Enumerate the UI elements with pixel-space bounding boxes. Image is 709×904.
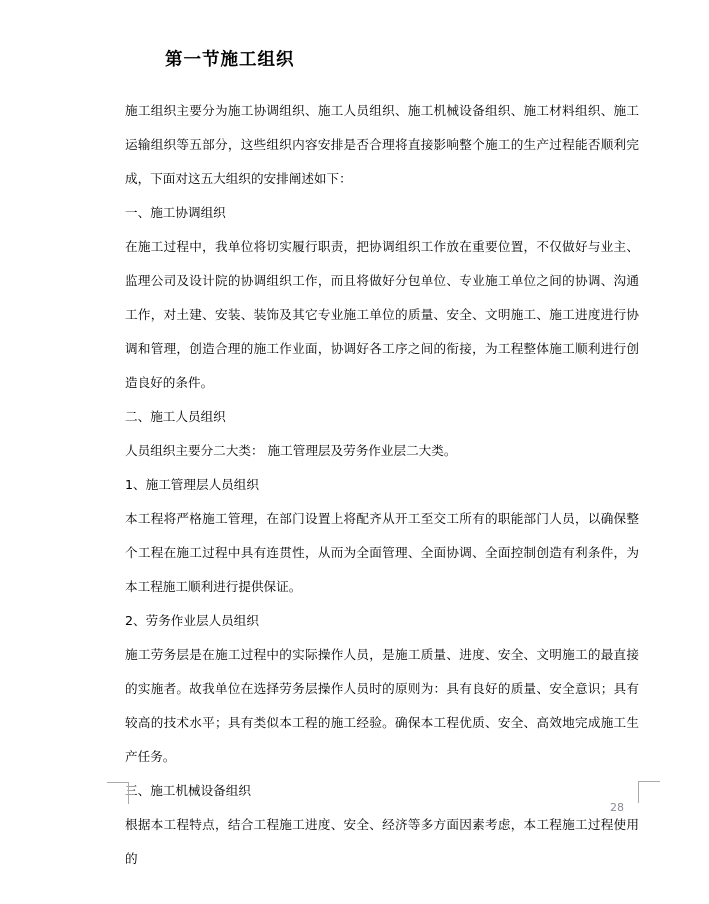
paragraph-management-staff: 本工程将严格施工管理，在部门设置上将配齐从开工至交工所有的职能部门人员，以确保整… (125, 502, 639, 604)
heading-coordination-organization: 一、施工协调组织 (125, 196, 639, 230)
heading-management-staff: 1、施工管理层人员组织 (125, 468, 639, 502)
heading-machinery-organization: 三、施工机械设备组织 (125, 774, 639, 808)
paragraph-machinery: 根据本工程特点，结合工程施工进度、安全、经济等多方面因素考虑，本工程施工过程使用… (125, 808, 639, 876)
heading-personnel-organization: 二、施工人员组织 (125, 400, 639, 434)
section-title: 第一节施工组织 (165, 46, 639, 74)
text-boundary-corner-left-icon (107, 782, 129, 804)
document-page: 第一节施工组织 施工组织主要分为施工协调组织、施工人员组织、施工机械设备组织、施… (0, 0, 709, 904)
heading-labor-staff: 2、劳务作业层人员组织 (125, 604, 639, 638)
text-boundary-corner-right-icon (638, 781, 660, 803)
paragraph-coordination: 在施工过程中，我单位将切实履行职责，把协调组织工作放在重要位置，不仅做好与业主、… (125, 230, 639, 400)
paragraph-personnel-categories: 人员组织主要分二大类： 施工管理层及劳务作业层二大类。 (125, 434, 639, 468)
document-body: 第一节施工组织 施工组织主要分为施工协调组织、施工人员组织、施工机械设备组织、施… (125, 46, 639, 876)
paragraph-intro: 施工组织主要分为施工协调组织、施工人员组织、施工机械设备组织、施工材料组织、施工… (125, 94, 639, 196)
page-number: 28 (610, 801, 624, 815)
paragraph-labor-staff: 施工劳务层是在施工过程中的实际操作人员，是施工质量、进度、安全、文明施工的最直接… (125, 638, 639, 774)
